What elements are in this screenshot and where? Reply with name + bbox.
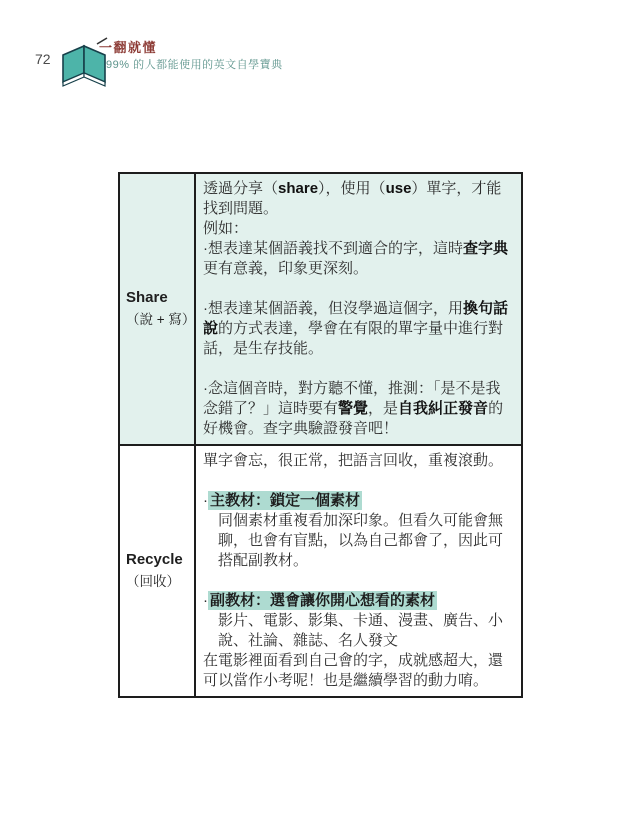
paragraph	[203, 279, 513, 299]
paragraph: ·念這個音時，對方聽不懂，推測：「是不是我念錯了？」這時要有警覺，是自我糾正發音…	[203, 379, 513, 439]
paragraph: ·想表達某個語義，但沒學過這個字，用換句話說的方式表達，學會在有限的單字量中進行…	[203, 299, 513, 359]
paragraph: ·副教材：選會讓你開心想看的素材	[203, 591, 513, 611]
logo-title: 一翻就懂	[99, 37, 157, 56]
table-row-share: Share （說 + 寫） 透過分享（share），使用（use）單字，才能找到…	[120, 174, 521, 444]
page-number: 72	[35, 51, 51, 67]
book-page: 72 一翻就懂 99% 的人都能使用的英文自學寶典 Share （說 + 寫） …	[0, 0, 626, 838]
paragraph: ·主教材：鎖定一個素材	[203, 491, 513, 511]
logo-subtitle: 99% 的人都能使用的英文自學寶典	[106, 56, 283, 72]
paragraph: 影片、電影、影集、卡通、漫畫、廣告、小說、社論、雜誌、名人發文	[203, 611, 513, 651]
paragraph: 在電影裡面看到自己會的字，成就感超大，還可以當作小考呢！也是繼續學習的動力唷。	[203, 651, 513, 691]
share-label-zh: （說 + 寫）	[126, 310, 192, 330]
paragraph: 透過分享（share），使用（use）單字，才能找到問題。	[203, 179, 513, 219]
paragraph: 單字會忘，很正常，把語言回收，重複滾動。	[203, 451, 513, 471]
paragraph	[203, 471, 513, 491]
share-content-cell: 透過分享（share），使用（use）單字，才能找到問題。例如：·想表達某個語義…	[196, 174, 521, 444]
paragraph	[203, 359, 513, 379]
recycle-content-cell: 單字會忘，很正常，把語言回收，重複滾動。·主教材：鎖定一個素材同個素材重複看加深…	[196, 446, 521, 696]
share-label-cell: Share （說 + 寫）	[120, 174, 196, 444]
vocab-method-table: Share （說 + 寫） 透過分享（share），使用（use）單字，才能找到…	[118, 172, 523, 698]
recycle-label-cell: Recycle （回收）	[120, 446, 196, 696]
paragraph: ·想表達某個語義找不到適合的字，這時查字典更有意義，印象更深刻。	[203, 239, 513, 279]
table-row-recycle: Recycle （回收） 單字會忘，很正常，把語言回收，重複滾動。·主教材：鎖定…	[120, 444, 521, 696]
paragraph: 例如：	[203, 219, 513, 239]
paragraph	[203, 571, 513, 591]
recycle-label-en: Recycle	[126, 550, 192, 570]
paragraph: 同個素材重複看加深印象。但看久可能會無聊，也會有盲點，以為自己都會了，因此可搭配…	[203, 511, 513, 571]
share-label-en: Share	[126, 288, 192, 308]
recycle-label-zh: （回收）	[126, 572, 192, 592]
